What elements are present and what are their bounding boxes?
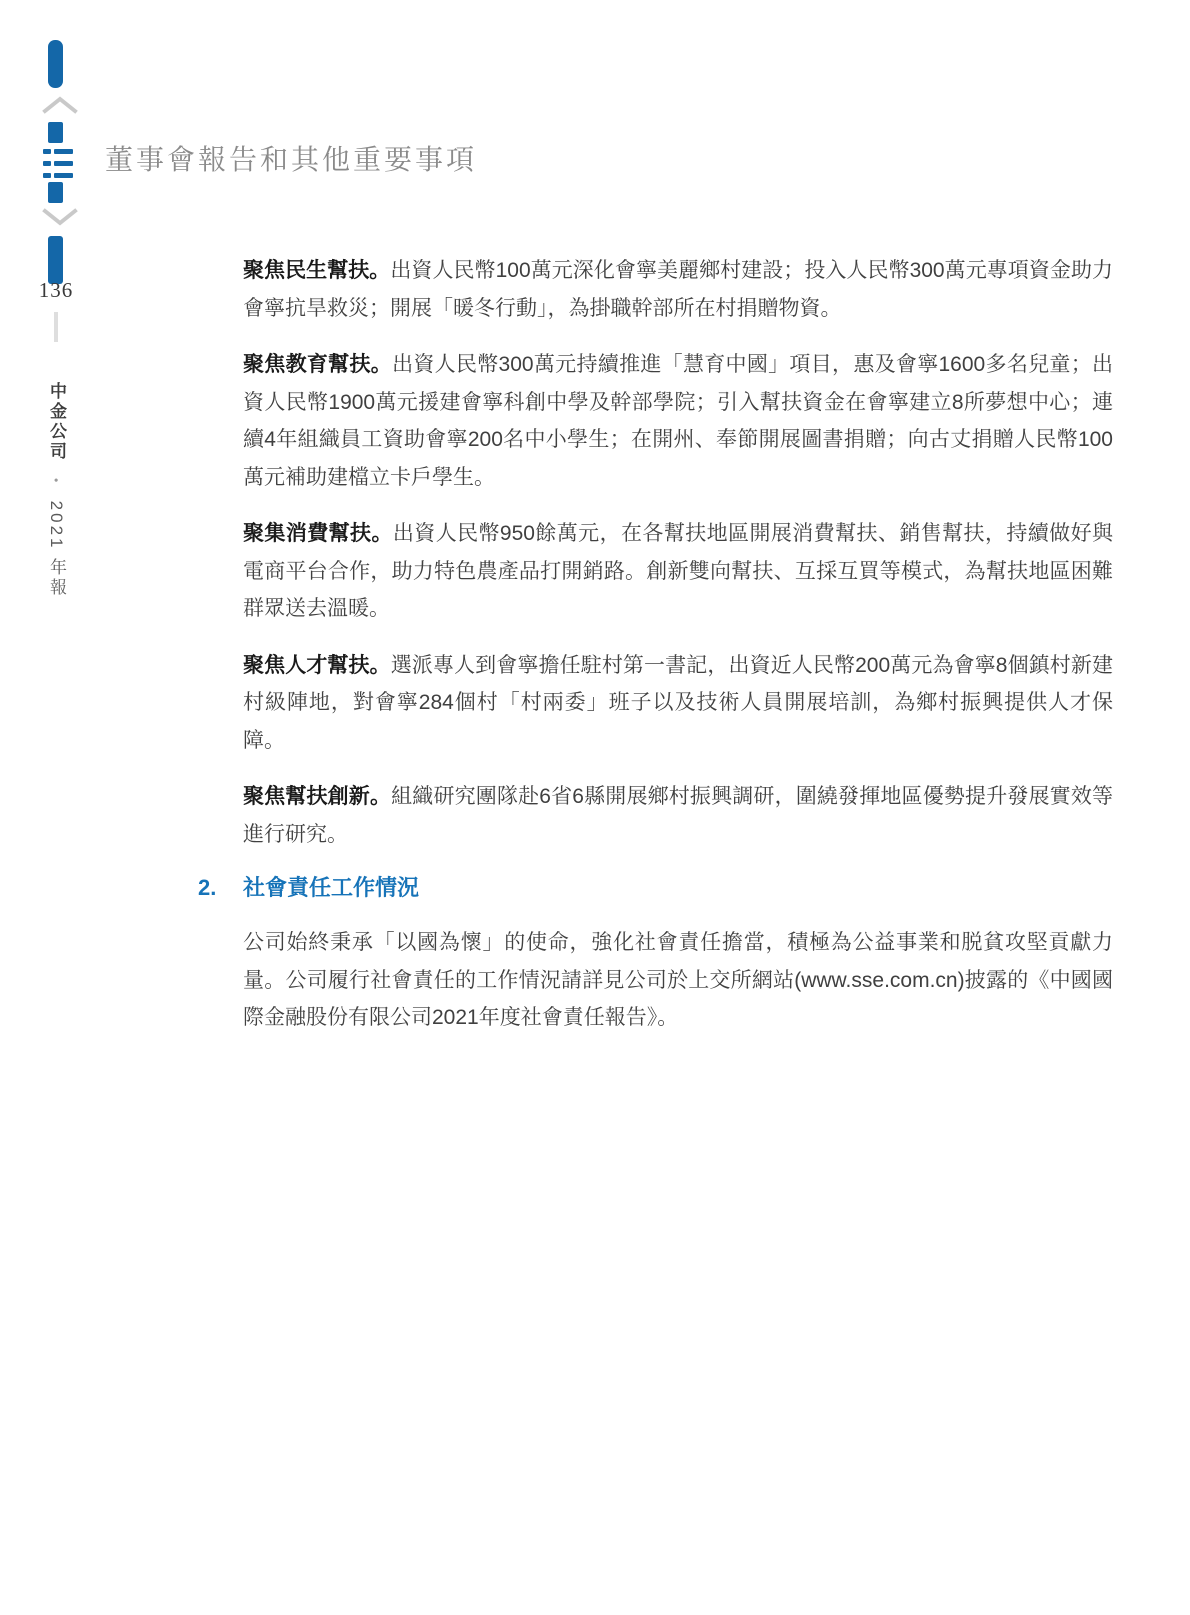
sidebar-bar-bottom	[48, 236, 63, 284]
paragraph-lead: 聚焦人才幫扶。	[243, 654, 391, 677]
sidebar: 136 中金公司 • 2021 年報	[0, 0, 110, 1615]
page-number: 136	[36, 278, 76, 303]
chevron-up-icon	[42, 95, 78, 115]
paragraph-lead: 聚焦民生幫扶。	[243, 259, 390, 282]
sidebar-block-upper	[48, 122, 63, 143]
list-icon	[43, 149, 75, 178]
section-title: 社會責任工作情況	[243, 875, 419, 900]
paragraph-text: 公司始終秉承「以國為懷」的使命，強化社會責任擔當，積極為公益事業和脱貧攻堅貢獻力…	[243, 931, 1113, 1029]
page-number-tick	[54, 312, 58, 342]
document-page: 136 中金公司 • 2021 年報 董事會報告和其他重要事項 聚焦民生幫扶。出…	[0, 0, 1190, 1615]
list-icon-row	[43, 173, 75, 178]
side-caption-separator: •	[49, 478, 63, 485]
paragraph-education: 聚焦教育幫扶。出資人民幣300萬元持續推進「慧育中國」項目，惠及會寧1600多名…	[243, 346, 1113, 496]
chevron-down-icon	[42, 207, 78, 227]
list-icon-row	[43, 161, 75, 166]
list-icon-row	[43, 149, 75, 154]
paragraph-talent: 聚焦人才幫扶。選派專人到會寧擔任駐村第一書記，出資近人民幣200萬元為會寧8個鎮…	[243, 647, 1113, 760]
paragraph-lead: 聚集消費幫扶。	[243, 522, 393, 545]
paragraph-lead: 聚焦幫扶創新。	[243, 785, 391, 808]
paragraph-consumption: 聚集消費幫扶。出資人民幣950餘萬元，在各幫扶地區開展消費幫扶、銷售幫扶，持續做…	[243, 515, 1113, 628]
side-caption: 中金公司 • 2021 年報	[44, 382, 68, 682]
paragraph-lead: 聚焦教育幫扶。	[243, 353, 392, 376]
section-number: 2.	[198, 872, 216, 904]
section-heading-social-responsibility: 2. 社會責任工作情況	[243, 872, 1113, 904]
side-caption-company: 中金公司	[47, 382, 66, 462]
page-title: 董事會報告和其他重要事項	[105, 138, 477, 178]
paragraph-social-responsibility: 公司始終秉承「以國為懷」的使命，強化社會責任擔當，積極為公益事業和脱貧攻堅貢獻力…	[243, 924, 1113, 1037]
paragraph-innovation: 聚焦幫扶創新。組織研究團隊赴6省6縣開展鄉村振興調研，圍繞發揮地區優勢提升發展實…	[243, 778, 1113, 853]
paragraph-people-livelihood: 聚焦民生幫扶。出資人民幣100萬元深化會寧美麗鄉村建設；投入人民幣300萬元專項…	[243, 252, 1113, 327]
sidebar-bar-top	[48, 40, 63, 88]
side-caption-year: 2021 年報	[47, 501, 66, 599]
main-content: 聚焦民生幫扶。出資人民幣100萬元深化會寧美麗鄉村建設；投入人民幣300萬元專項…	[243, 252, 1113, 1037]
sidebar-block-lower	[48, 182, 63, 203]
